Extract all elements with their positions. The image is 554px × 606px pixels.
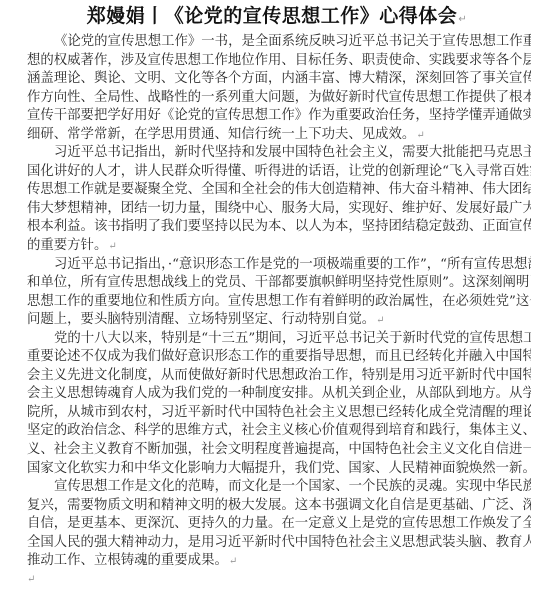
text-line: 思想工作的重要地位和性质方向。宣传思想工作有着鲜明的政治属性，在必须姓党”这个原… (27, 293, 531, 312)
text-line: 根本利益。该书指明了我们要坚持以民为本、以人为本，坚持团结稳定鼓劲、正面宣传为主 (27, 218, 531, 237)
text-line: 会主义先进文化制度，从而使做好新时代思想政治工作，特别是用习近平新时代中国特色社 (27, 367, 531, 386)
paragraph-mark-icon: ↵ (458, 14, 467, 25)
text-line: 国化讲好的人才，讲人民群众听得懂、听得进的话语，让党的创新理论“飞入寻常百姓家”… (27, 163, 531, 182)
paragraph-mark-icon: ↵ (108, 241, 116, 252)
title-text: 郑嫚娟丨《论党的宣传思想工作》心得体会 (87, 5, 458, 27)
text-line: 涵盖理论、舆论、文明、文化等各个方面，内涵丰富、博大精深，深刻回答了事关宣传思想… (27, 70, 531, 89)
text-line: 自信，是更基本、更深沉、更持久的力量。在一定意义上是党的宣传思想工作焕发了全党和 (27, 515, 531, 534)
text-line: 院所，从城市到农村，习近平新时代中国特色社会主义思想已经转化成全党清醒的理论自觉… (27, 404, 531, 423)
document-page: 郑嫚娟丨《论党的宣传思想工作》心得体会↵ 《论党的宣传思想工作》一书，是全面系统… (0, 0, 554, 606)
text-line: 国家文化软实力和中华文化影响力大幅提升，我们党、国家、人民精神面貌焕然一新。↵ (27, 460, 531, 479)
text-line: 伟大梦想精神，团结一切力量，围绕中心、服务大局，实现好、维护好、发展好最广大人民 (27, 200, 531, 219)
text-line: 宣传思想工作是文化的范畴，而文化是一个国家、一个民族的灵魂。实现中华民族伟大 (27, 478, 531, 497)
text-line: 和单位，所有宣传思想战线上的党员、干部都要旗帜鲜明坚持党性原则”。这深刻阐明了宣… (27, 274, 531, 293)
text-line: 细研、常学常新，在学思用贯通、知信行统一上下功夫、见成效。↵ (27, 126, 531, 145)
paragraph-mark-icon: ↵ (27, 574, 35, 585)
document-body[interactable]: 《论党的宣传思想工作》一书，是全面系统反映习近平总书记关于宣传思想工作重要思 想… (27, 33, 531, 589)
paragraph-5: 宣传思想工作是文化的范畴，而文化是一个国家、一个民族的灵魂。实现中华民族伟大 复… (27, 478, 531, 571)
text-line: 问题上，要头脑特别清醒、立场特别坚定、行动特别自觉。↵ (27, 311, 531, 330)
text-line: 的重要方针。↵ (27, 237, 531, 256)
text-line: 会主义思想铸魂育人成为我们党的一种制度安排。从机关到企业，从部队到地方。从学校到 (27, 385, 531, 404)
paragraph-mark-icon: ↵ (416, 130, 424, 141)
text-line: 党的十八大以来，特别是“十三五”期间，习近平总书记关于新时代党的宣传思想工作 (27, 330, 531, 349)
text-line: 全国人民的强大精神动力，是用习近平新时代中国特色社会主义思想武装头脑、教育人民、 (27, 534, 531, 553)
text-line: 重要论述不仅成为我们做好意识形态工作的重要指导思想，而且已经转化并融入中国特色社 (27, 348, 531, 367)
text-line: 宣传干部要把学好用好《论党的宣传思想工作》作为重要政治任务，坚持学懂弄通做实，深… (27, 107, 531, 126)
text-line: 义、社会主义教育不断加强，社会文明程度普遍提高，中国特色社会主义文化自信进一步增… (27, 441, 531, 460)
text-line: 习近平总书记指出，新时代坚持和发展中国特色社会主义，需要大批能把马克思主义中 (27, 144, 531, 163)
text-line: 想的权威著作，涉及宣传思想工作地位作用、目标任务、职责使命、实践要求等各个层面， (27, 52, 531, 71)
text-line: 作方向性、全局性、战略性的一系列重大问题，为做好新时代宣传思想工作提供了根本遵循… (27, 89, 531, 108)
text-line: 复兴，需要物质文明和精神文明的极大发展。这本书强调文化自信是更基础、广泛、深厚的 (27, 497, 531, 516)
text-line: 传思想工作就是要凝聚全党、全国和全社会的伟大创造精神、伟大奋斗精神、伟大团结精神… (27, 181, 531, 200)
text-line: 坚定的政治信念、科学的思维方式，社会主义核心价值观得到培育和践行，集体主义、爱国… (27, 422, 531, 441)
document-title: 郑嫚娟丨《论党的宣传思想工作》心得体会↵ (0, 4, 554, 32)
empty-paragraph: ↵ (27, 571, 531, 590)
paragraph-2: 习近平总书记指出，新时代坚持和发展中国特色社会主义，需要大批能把马克思主义中 国… (27, 144, 531, 255)
text-line: 习近平总书记指出，·“意识形态工作是党的一项极端重要的工作”，“所有宣传思想部门 (27, 256, 531, 275)
text-line: 《论党的宣传思想工作》一书，是全面系统反映习近平总书记关于宣传思想工作重要思 (27, 33, 531, 52)
paragraph-1: 《论党的宣传思想工作》一书，是全面系统反映习近平总书记关于宣传思想工作重要思 想… (27, 33, 531, 144)
paragraph-mark-icon: ↵ (376, 315, 384, 326)
paragraph-mark-icon: ↵ (229, 556, 237, 567)
text-line: 推动工作、立根铸魂的重要成果。↵ (27, 552, 531, 571)
paragraph-4: 党的十八大以来，特别是“十三五”期间，习近平总书记关于新时代党的宣传思想工作 重… (27, 330, 531, 478)
paragraph-3: 习近平总书记指出，·“意识形态工作是党的一项极端重要的工作”，“所有宣传思想部门… (27, 256, 531, 330)
